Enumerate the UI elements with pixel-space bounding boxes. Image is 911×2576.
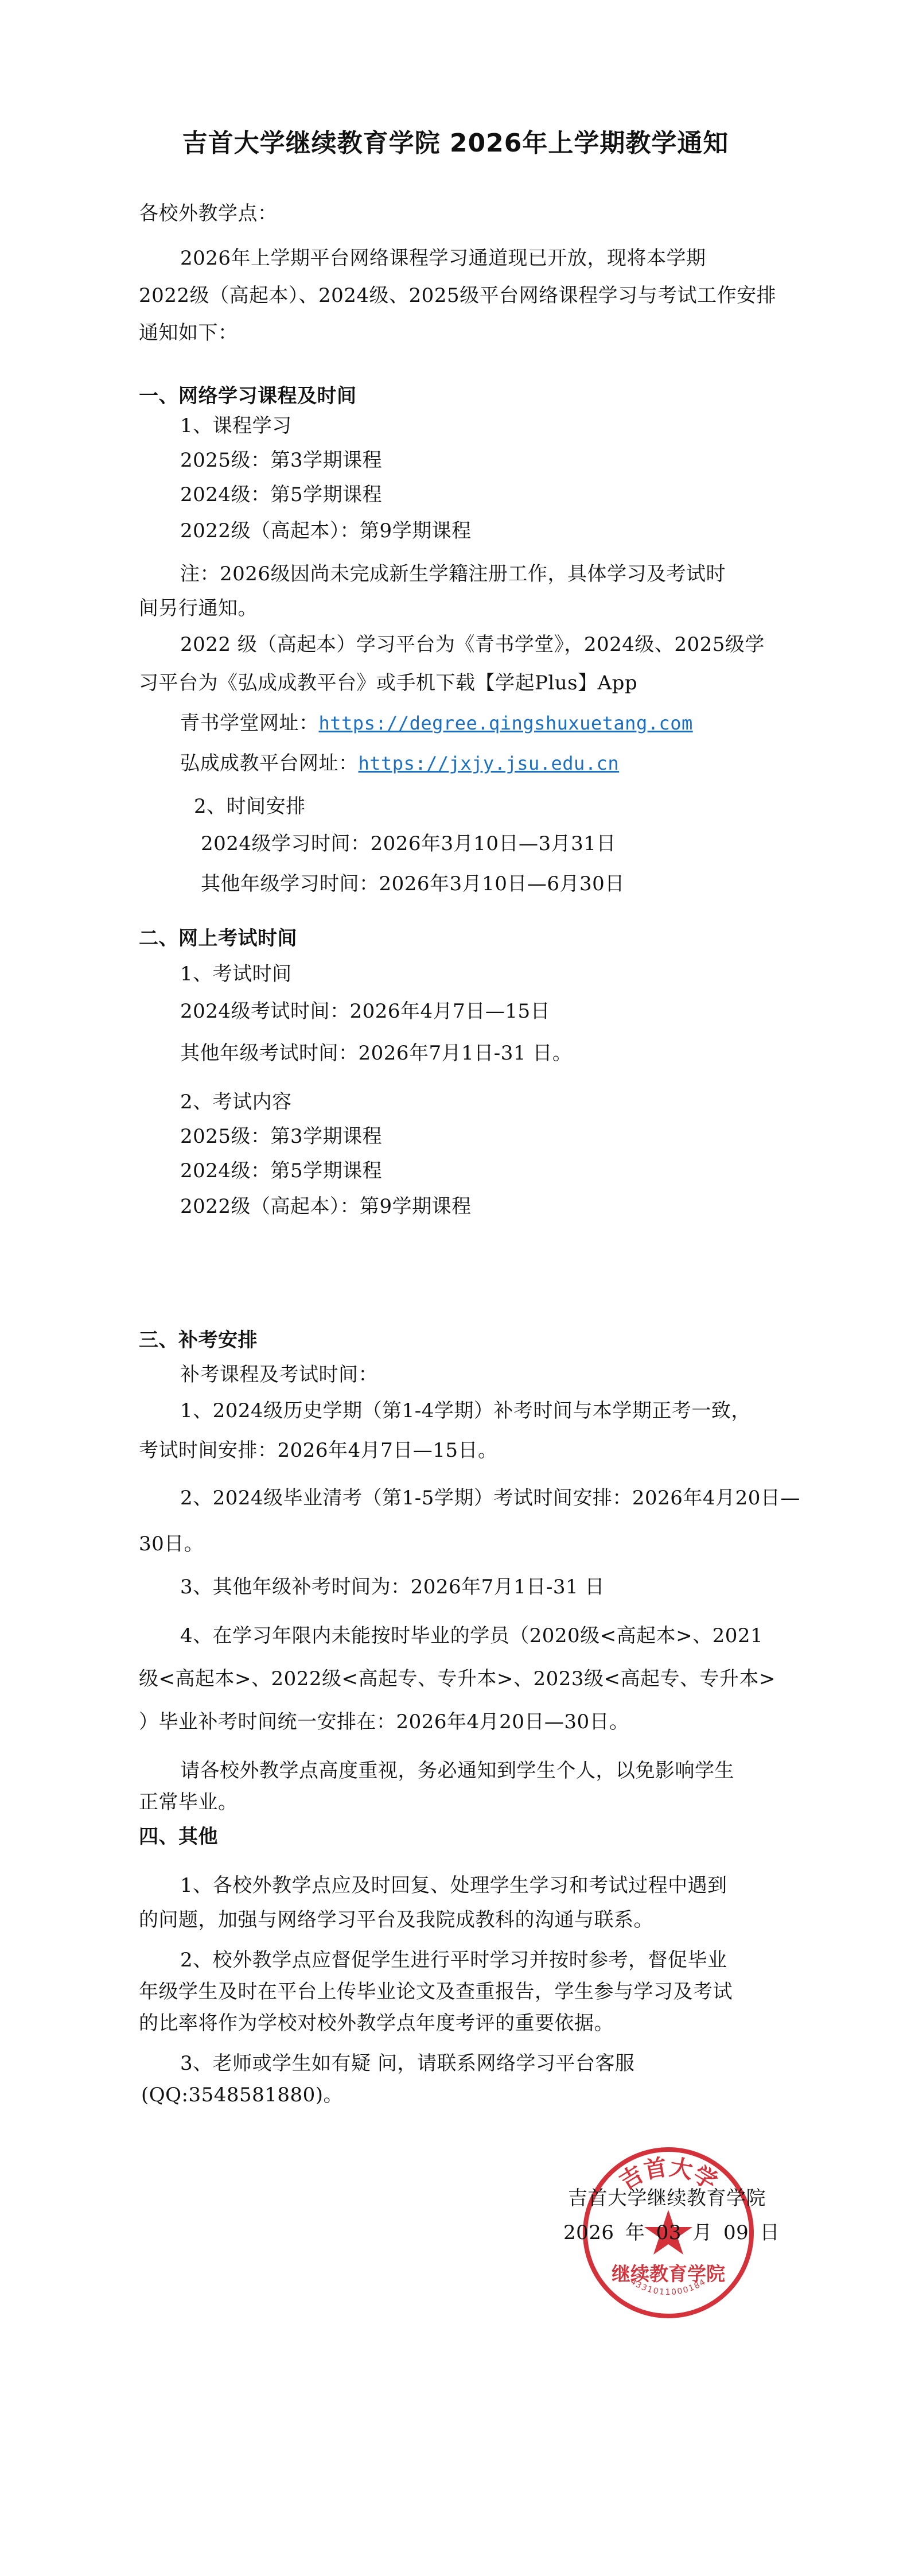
section1-sub2-title: 2、时间安排 — [194, 795, 306, 818]
exam-content-item: 2022级（高起本）：第9学期课程 — [180, 1195, 472, 1218]
other-item2-line3: 的比率将作为学校对校外教学点年度考评的重要依据。 — [139, 2012, 614, 2035]
closing-line2: 正常毕业。 — [139, 1791, 238, 1814]
intro-line-1: 2026年上学期平台网络课程学习通道现已开放，现将本学期 — [180, 247, 706, 270]
exam-content-item: 2024级：第5学期课程 — [180, 1159, 382, 1182]
seal-bottom-text: 继续教育学院 — [612, 2263, 725, 2285]
hongcheng-url-row: 弘成成教平台网址：https://jxjy.jsu.edu.cn — [180, 752, 619, 775]
other-item2-line2: 年级学生及时在平台上传毕业论文及查重报告，学生参与学习及考试 — [139, 1980, 733, 2003]
signature-date: 2026 年 03 月 09 日 — [563, 2221, 780, 2244]
intro-line-2: 2022级（高起本）、2024级、2025级平台网络课程学习与考试工作安排 — [139, 284, 776, 307]
makeup-item1-line1: 1、2024级历史学期（第1-4学期）补考时间与本学期正考一致， — [180, 1399, 751, 1422]
hongcheng-url-label: 弘成成教平台网址： — [180, 752, 359, 775]
exam-time-item: 2024级考试时间：2026年4月7日—15日 — [180, 1000, 550, 1023]
qingshu-url-label: 青书学堂网址： — [180, 712, 319, 735]
makeup-item1-line2: 考试时间安排：2026年4月7日—15日。 — [139, 1439, 498, 1462]
section2-sub2-title: 2、考试内容 — [180, 1091, 292, 1114]
svg-text:4331011000184: 4331011000184 — [629, 2277, 708, 2297]
other-item2-line1: 2、校外教学点应督促学生进行平时学习并按时参考，督促毕业 — [180, 1949, 727, 1972]
signature-org: 吉首大学继续教育学院 — [568, 2187, 766, 2210]
section2-heading: 二、网上考试时间 — [139, 927, 297, 950]
makeup-item4-line3: ）毕业补考时间统一安排在：2026年4月20日—30日。 — [139, 1710, 629, 1733]
salutation: 各校外教学点： — [139, 202, 278, 225]
platform-line-2: 习平台为《弘成成教平台》或手机下载【学起Plus】App — [139, 672, 637, 695]
makeup-item4-line2: 级<高起本>、2022级<高起专、专升本>、2023级<高起专、专升本> — [139, 1667, 776, 1690]
course-item: 2025级：第3学期课程 — [180, 449, 382, 472]
course-item: 2024级：第5学期课程 — [180, 483, 382, 506]
makeup-item2-line2: 30日。 — [139, 1533, 204, 1555]
makeup-item2-line1: 2、2024级毕业清考（第1-5学期）考试时间安排：2026年4月20日— — [180, 1487, 800, 1510]
platform-line-1: 2022 级（高起本）学习平台为《青书学堂》，2024级、2025级学 — [180, 633, 765, 656]
closing-line1: 请各校外教学点高度重视，务必通知到学生个人，以免影响学生 — [180, 1759, 734, 1782]
document-title: 吉首大学继续教育学院 2026年上学期教学通知 — [0, 127, 911, 160]
section2-sub1-title: 1、考试时间 — [180, 963, 292, 986]
other-item1-line2: 的问题，加强与网络学习平台及我院成教科的沟通与联系。 — [139, 1908, 653, 1931]
hongcheng-url-link[interactable]: https://jxjy.jsu.edu.cn — [359, 752, 620, 774]
makeup-item3: 3、其他年级补考时间为：2026年7月1日-31 日 — [180, 1576, 605, 1599]
course-item: 2022级（高起本）：第9学期课程 — [180, 519, 472, 542]
section1-heading: 一、网络学习课程及时间 — [139, 385, 357, 408]
schedule-item: 2024级学习时间：2026年3月10日—3月31日 — [201, 832, 616, 855]
note-line-1: 注：2026级因尚未完成新生学籍注册工作，具体学习及考试时 — [180, 562, 726, 585]
qingshu-url-link[interactable]: https://degree.qingshuxuetang.com — [319, 712, 693, 734]
schedule-item: 其他年级学习时间：2026年3月10日—6月30日 — [201, 872, 625, 895]
exam-content-item: 2025级：第3学期课程 — [180, 1125, 382, 1148]
exam-time-item: 其他年级考试时间：2026年7月1日-31 日。 — [180, 1042, 572, 1065]
other-item3-line2: (QQ:3548581880)。 — [141, 2084, 343, 2106]
makeup-intro: 补考课程及考试时间： — [180, 1363, 378, 1386]
seal-code: 4331011000184 — [629, 2277, 708, 2297]
qingshu-url-row: 青书学堂网址：https://degree.qingshuxuetang.com — [180, 712, 693, 735]
section1-sub1-title: 1、课程学习 — [180, 414, 292, 437]
section4-heading: 四、其他 — [139, 1825, 218, 1848]
intro-line-3: 通知如下： — [139, 321, 238, 344]
other-item3-line1: 3、老师或学生如有疑 问，请联系网络学习平台客服 — [180, 2052, 634, 2075]
other-item1-line1: 1、各校外教学点应及时回复、处理学生学习和考试过程中遇到 — [180, 1874, 727, 1897]
note-line-2: 间另行通知。 — [139, 597, 258, 620]
makeup-item4-line1: 4、在学习年限内未能按时毕业的学员（2020级<高起本>、2021 — [180, 1624, 763, 1647]
section3-heading: 三、补考安排 — [139, 1329, 258, 1352]
